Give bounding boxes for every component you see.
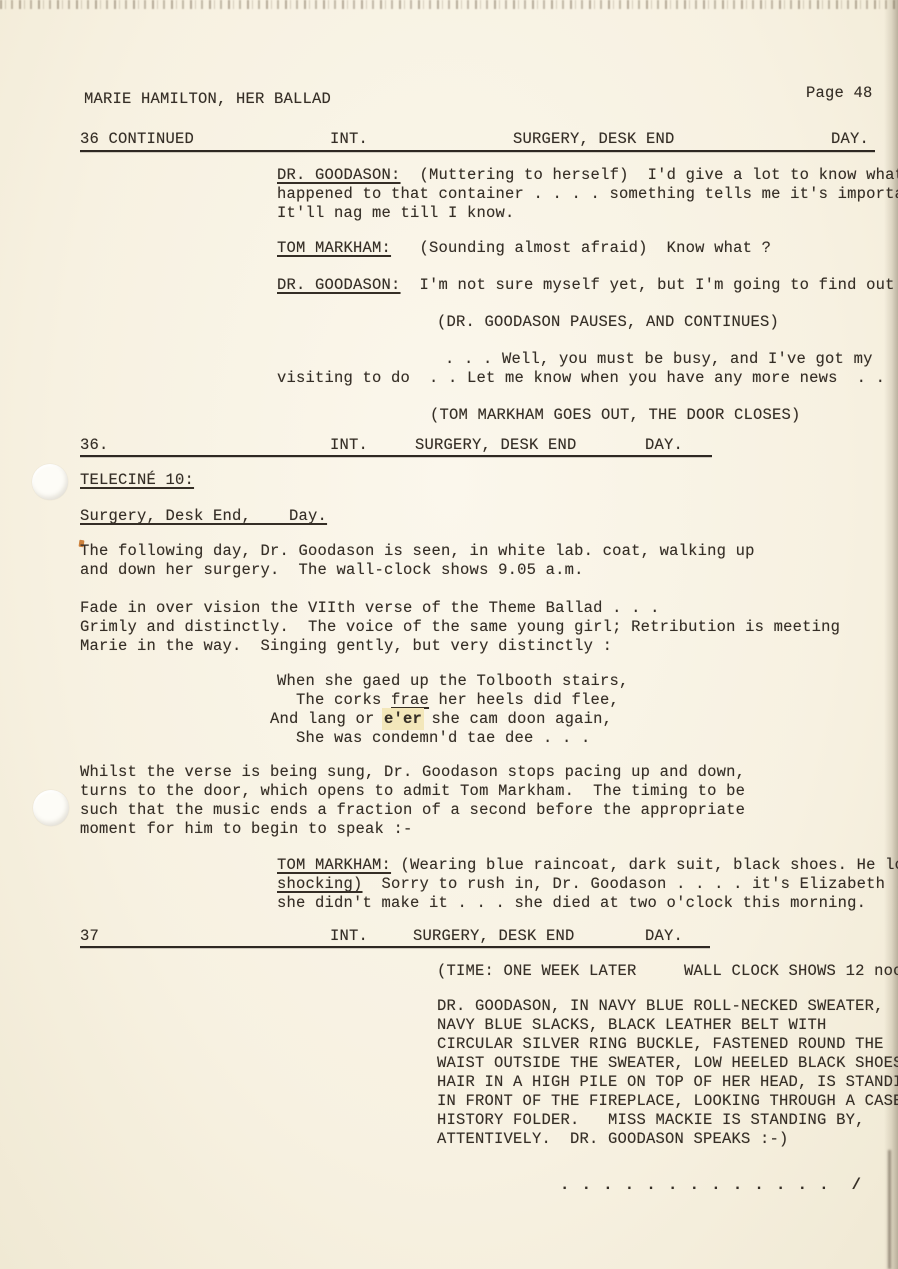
scene-int: INT.: [330, 436, 368, 455]
action-line: Fade in over vision the VIIth verse of t…: [80, 599, 660, 618]
highlighted-word: e'er: [384, 710, 422, 728]
telecine-heading: TELECINÉ 10:: [80, 471, 194, 490]
stage-direction: (TOM MARKHAM GOES OUT, THE DOOR CLOSES): [430, 406, 801, 425]
scene-time: DAY.: [645, 436, 683, 455]
dialogue-line: TOM MARKHAM: (Wearing blue raincoat, dar…: [277, 856, 898, 875]
dialogue-speaker: TOM MARKHAM:: [277, 239, 391, 257]
action-line: moment for him to begin to speak :-: [80, 820, 413, 839]
script-page-paper: MARIE HAMILTON, HER BALLAD Page 48 36 CO…: [0, 0, 898, 1269]
dialogue-text: Sorry to rush in, Dr. Goodason . . . . i…: [363, 875, 898, 893]
verse-text: she cam doon again,: [422, 710, 612, 728]
dialogue-line: DR. GOODASON: I'm not sure myself yet, b…: [277, 276, 898, 295]
scene-number-37: 37: [80, 927, 99, 946]
dialogue-line: happened to that container . . . . somet…: [277, 185, 898, 204]
scan-artifact-right-line: [888, 1150, 891, 1269]
verse-text: her heels did flee,: [429, 691, 619, 709]
scene-number-36: 36.: [80, 436, 109, 455]
dialogue-line: DR. GOODASON: (Muttering to herself) I'd…: [277, 166, 898, 185]
action-line: Marie in the way. Singing gently, but ve…: [80, 637, 612, 656]
description-line: HISTORY FOLDER. MISS MACKIE IS STANDING …: [437, 1111, 865, 1130]
action-line: The following day, Dr. Goodason is seen,…: [80, 542, 755, 561]
stage-direction: (DR. GOODASON PAUSES, AND CONTINUES): [437, 313, 779, 332]
description-line: HAIR IN A HIGH PILE ON TOP OF HER HEAD, …: [437, 1073, 898, 1092]
heading-rule: [80, 946, 710, 948]
scene-location: SURGERY, DESK END: [513, 130, 675, 149]
verse-line: The corks frae her heels did flee,: [296, 691, 619, 710]
scene-number-36-continued: 36 CONTINUED: [80, 130, 194, 149]
scan-artifact-top-edge: [0, 0, 898, 9]
dialogue-text: (Wearing blue raincoat, dark suit, black…: [391, 856, 898, 874]
time-note: (TIME: ONE WEEK LATER WALL CLOCK SHOWS 1…: [437, 962, 898, 981]
action-line: and down her surgery. The wall-clock sho…: [80, 561, 584, 580]
description-line: WAIST OUTSIDE THE SWEATER, LOW HEELED BL…: [437, 1054, 898, 1073]
underlined-word: frae: [391, 691, 429, 709]
document-title: MARIE HAMILTON, HER BALLAD: [84, 90, 331, 109]
dialogue-text: I'm not sure myself yet, but I'm going t…: [401, 276, 898, 294]
dialogue-speaker: TOM MARKHAM:: [277, 856, 391, 874]
hole-punch: [33, 790, 69, 826]
scene-int: INT.: [330, 927, 368, 946]
verse-line: When she gaed up the Tolbooth stairs,: [277, 672, 629, 691]
scene-int: INT.: [330, 130, 368, 149]
continuation-dots: . . . . . . . . . . . . . /: [560, 1176, 862, 1195]
dialogue-line: . . . Well, you must be busy, and I've g…: [445, 350, 873, 369]
scene-time: DAY.: [831, 130, 869, 149]
hole-punch: [32, 464, 68, 500]
dialogue-text: (Muttering to herself) I'd give a lot to…: [401, 166, 898, 184]
dialogue-line: shocking) Sorry to rush in, Dr. Goodason…: [277, 875, 898, 894]
dialogue-text: (Sounding almost afraid) Know what ?: [391, 239, 771, 257]
dialogue-line: visiting to do . . Let me know when you …: [277, 369, 885, 388]
dialogue-line: TOM MARKHAM: (Sounding almost afraid) Kn…: [277, 239, 771, 258]
dialogue-line: she didn't make it . . . she died at two…: [277, 894, 866, 913]
telecine-label: TELECINÉ 10:: [80, 471, 194, 489]
scene-location: SURGERY, DESK END: [415, 436, 577, 455]
heading-rule: [80, 455, 712, 457]
dialogue-line: It'll nag me till I know.: [277, 204, 515, 223]
scene-time: DAY.: [645, 927, 683, 946]
description-line: DR. GOODASON, IN NAVY BLUE ROLL-NECKED S…: [437, 997, 884, 1016]
action-line: turns to the door, which opens to admit …: [80, 782, 745, 801]
verse-line: And lang or e'er she cam doon again,: [270, 710, 612, 729]
description-line: NAVY BLUE SLACKS, BLACK LEATHER BELT WIT…: [437, 1016, 827, 1035]
scene-slug: Surgery, Desk End, Day.: [80, 507, 327, 526]
verse-text: The corks: [296, 691, 391, 709]
underlined-word: shocking): [277, 875, 363, 893]
description-line: ATTENTIVELY. DR. GOODASON SPEAKS :-): [437, 1130, 789, 1149]
scene-location: SURGERY, DESK END: [413, 927, 575, 946]
verse-line: She was condemn'd tae dee . . .: [296, 729, 591, 748]
action-line: such that the music ends a fraction of a…: [80, 801, 745, 820]
scene-slug-text: Surgery, Desk End, Day.: [80, 507, 327, 525]
description-line: CIRCULAR SILVER RING BUCKLE, FASTENED RO…: [437, 1035, 884, 1054]
description-line: IN FRONT OF THE FIREPLACE, LOOKING THROU…: [437, 1092, 898, 1111]
action-line: Grimly and distinctly. The voice of the …: [80, 618, 840, 637]
verse-text: And lang or: [270, 710, 384, 728]
page-number: Page 48: [806, 84, 873, 103]
dialogue-speaker: DR. GOODASON:: [277, 166, 401, 184]
heading-rule: [80, 150, 875, 152]
action-line: Whilst the verse is being sung, Dr. Good…: [80, 763, 745, 782]
dialogue-speaker: DR. GOODASON:: [277, 276, 401, 294]
